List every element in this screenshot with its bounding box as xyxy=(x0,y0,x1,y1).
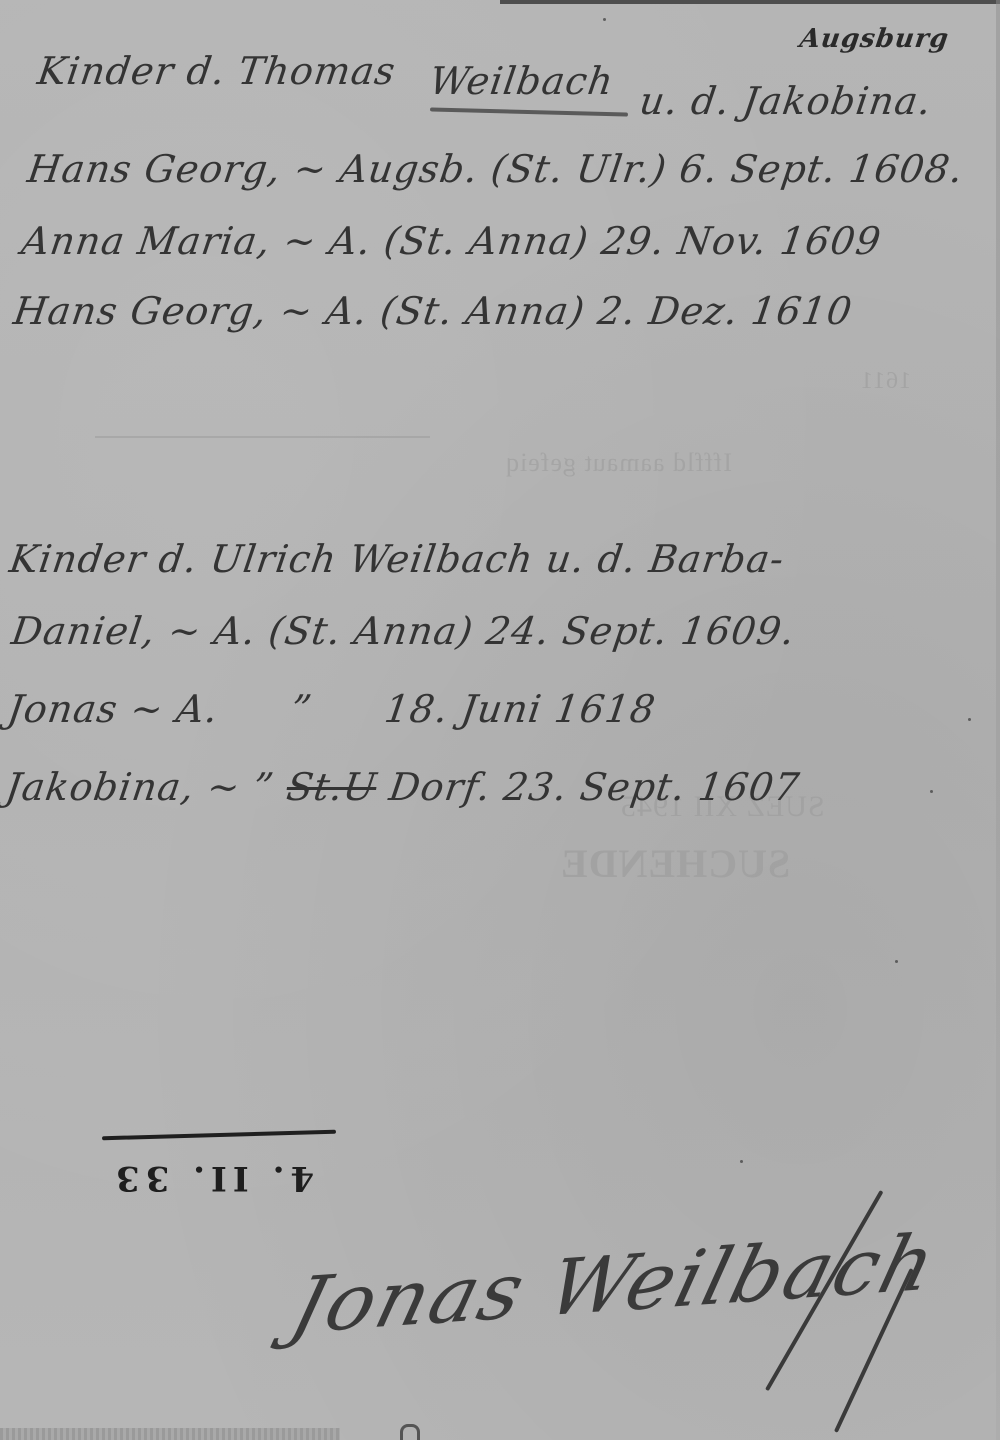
entry-parish: ” xyxy=(288,687,315,731)
block2-entry-3: Jakobina, ~ ” St.U Dorf. 23. Sept. 1607 xyxy=(3,768,802,806)
entry-date: 24. Sept. 1609. xyxy=(483,609,798,653)
paper-right-edge xyxy=(996,0,1000,1440)
paper-bottom-edge xyxy=(0,1428,340,1440)
entry-date: 29. Nov. 1609 xyxy=(599,219,885,263)
entry-parish: Dorf. xyxy=(386,765,493,809)
block2-entry-1: Daniel, ~ A. (St. Anna) 24. Sept. 1609. xyxy=(9,612,797,650)
surname-underline xyxy=(430,107,628,116)
block1-heading-suffix: u. d. Jakobina. xyxy=(637,82,934,120)
block1-entry-2: Anna Maria, ~ A. (St. Anna) 29. Nov. 160… xyxy=(19,222,883,260)
entry-name: Daniel, xyxy=(9,609,159,653)
entry-place: ~ A. xyxy=(165,609,259,653)
entry-place: ~ A. xyxy=(281,219,375,263)
paper-speck xyxy=(895,960,898,963)
show-through-text: Ifffld aamaut gefeiq xyxy=(505,448,732,478)
scanned-document-page: 1611 Ifffld aamaut gefeiq SUEZ XII 1945 … xyxy=(0,0,1000,1440)
block1-entry-3: Hans Georg, ~ A. (St. Anna) 2. Dez. 1610 xyxy=(11,292,855,330)
paper-speck xyxy=(968,718,971,721)
struck-out-text: St.U xyxy=(284,765,380,809)
entry-parish: (St. Anna) xyxy=(266,609,476,653)
entry-place: ~ ” xyxy=(204,765,277,809)
entry-name: Anna Maria, xyxy=(19,219,274,263)
entry-parish: (St. Anna) xyxy=(381,219,591,263)
block1-heading-prefix: Kinder d. Thomas xyxy=(35,52,398,90)
entry-place: ~ A. xyxy=(128,687,222,731)
block2-heading: Kinder d. Ulrich Weilbach u. d. Barba- xyxy=(7,540,786,578)
entry-parish: (St. Ulr.) xyxy=(488,147,670,191)
paper-speck xyxy=(930,790,933,793)
entry-name: Jonas xyxy=(5,687,121,731)
bottom-mark xyxy=(400,1424,420,1440)
entry-name: Jakobina, xyxy=(3,765,198,809)
signature: Jonas Weilbach xyxy=(282,1218,946,1352)
block1-entry-1: Hans Georg, ~ Augsb. (St. Ulr.) 6. Sept.… xyxy=(25,150,966,188)
entry-parish: (St. Anna) xyxy=(378,289,588,333)
date-rule-line xyxy=(102,1130,336,1141)
show-through-text: 1611 xyxy=(860,368,911,395)
augsburg-annotation: Augsburg xyxy=(798,26,951,52)
entry-date: 6. Sept. 1608. xyxy=(677,147,967,191)
entry-place: ~ Augsb. xyxy=(291,147,481,191)
paper-speck xyxy=(603,18,606,21)
entry-date: 18. Juni 1618 xyxy=(382,687,659,731)
entry-name: Hans Georg, xyxy=(11,289,270,333)
show-through-rule xyxy=(95,436,430,438)
entry-place: ~ A. xyxy=(277,289,371,333)
show-through-text: SUCHENDE xyxy=(560,840,790,887)
inverted-date: 4. II. 33 xyxy=(110,1158,314,1198)
entry-date: 23. Sept. 1607 xyxy=(501,765,803,809)
entry-name: Hans Georg, xyxy=(25,147,284,191)
entry-date: 2. Dez. 1610 xyxy=(595,289,855,333)
block1-heading-surname: Weilbach xyxy=(427,62,616,100)
paper-speck xyxy=(740,1160,743,1163)
paper-top-edge xyxy=(500,0,1000,4)
block2-entry-2: Jonas ~ A. ” 18. Juni 1618 xyxy=(5,690,658,728)
